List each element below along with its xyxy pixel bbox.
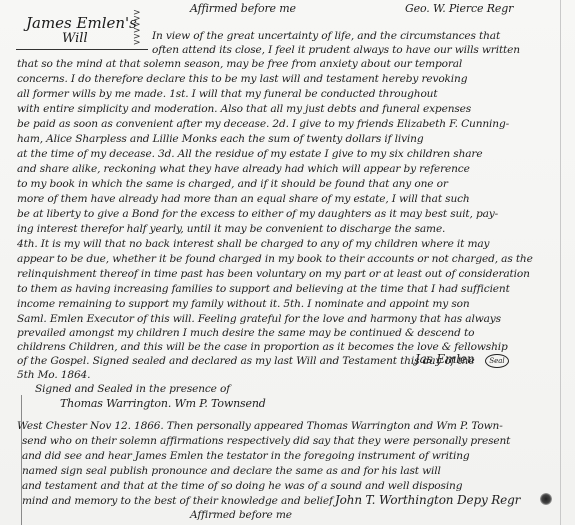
body-line: be paid as soon as convenient after my d… xyxy=(17,118,509,130)
witness-intro: Signed and Sealed in the presence of xyxy=(35,383,230,395)
closing-affirmed: Affirmed before me xyxy=(190,509,292,521)
body-line: 4th. It is my will that no back interest… xyxy=(17,238,489,250)
probate-line: and did see and hear James Emlen the tes… xyxy=(22,450,470,462)
body-line: ham, Alice Sharpless and Lillie Monks ea… xyxy=(17,133,423,145)
body-line: ing interest therefor half yearly, until… xyxy=(17,223,445,235)
page-edge-rule xyxy=(560,0,561,525)
body-line: to them as having increasing families to… xyxy=(17,283,510,295)
seal-icon: Seal xyxy=(485,354,509,368)
witness-names: Thomas Warrington. Wm P. Townsend xyxy=(60,397,266,410)
body-line: be at liberty to give a Bond for the exc… xyxy=(17,208,498,220)
body-line: appear to be due, whether it be found ch… xyxy=(17,253,533,265)
body-line: that so the mind at that solemn season, … xyxy=(17,58,462,70)
body-line: all former wills by me made. 1st. I will… xyxy=(17,88,437,100)
body-line: concerns. I do therefore declare this to… xyxy=(17,73,467,85)
probate-line: named sign seal publish pronounce and de… xyxy=(22,465,441,477)
body-line: of the Gospel. Signed sealed and declare… xyxy=(17,355,475,367)
body-line: and share alike, reckoning what they hav… xyxy=(17,163,470,175)
probate-line: West Chester Nov 12. 1866. Then personal… xyxy=(17,420,503,432)
body-line: 5th Mo. 1864. xyxy=(17,369,90,381)
testator-signature: Jas Emlen xyxy=(415,352,474,366)
top-register-signature: Geo. W. Pierce Regr xyxy=(405,2,513,15)
body-line: income remaining to support my family wi… xyxy=(17,298,470,310)
body-line: Saml. Emlen Executor of this will. Feeli… xyxy=(17,313,501,325)
body-line: prevailed amongst my children I much des… xyxy=(17,327,474,339)
body-line: at the time of my decease. 3d. All the r… xyxy=(17,148,482,160)
top-affirmed-text: Affirmed before me xyxy=(190,2,296,15)
body-line: with entire simplicity and moderation. A… xyxy=(17,103,471,115)
deputy-register-signature: John T. Worthington Depy Regr xyxy=(335,493,520,507)
will-title: James Emlen's Will xyxy=(26,14,137,46)
title-underline xyxy=(16,49,148,50)
body-line: relinquishment thereof in time past has … xyxy=(17,268,530,280)
body-line: more of them have already had more than … xyxy=(17,193,470,205)
body-line: In view of the great uncertainty of life… xyxy=(152,30,500,42)
document-page: Affirmed before me Geo. W. Pierce Regr J… xyxy=(0,0,575,525)
probate-line: and testament and that at the time of so… xyxy=(22,480,462,492)
margin-brace-icon: >>>>>> xyxy=(133,10,147,48)
ink-blot xyxy=(540,493,552,505)
body-line: to my book in which the same is charged,… xyxy=(17,178,448,190)
probate-line: mind and memory to the best of their kno… xyxy=(22,495,333,507)
will-title-sub: Will xyxy=(62,31,137,46)
will-title-name: James Emlen's xyxy=(26,14,137,32)
probate-line: send who on their solemn affirmations re… xyxy=(22,435,510,447)
body-line: often attend its close, I feel it pruden… xyxy=(152,44,520,56)
